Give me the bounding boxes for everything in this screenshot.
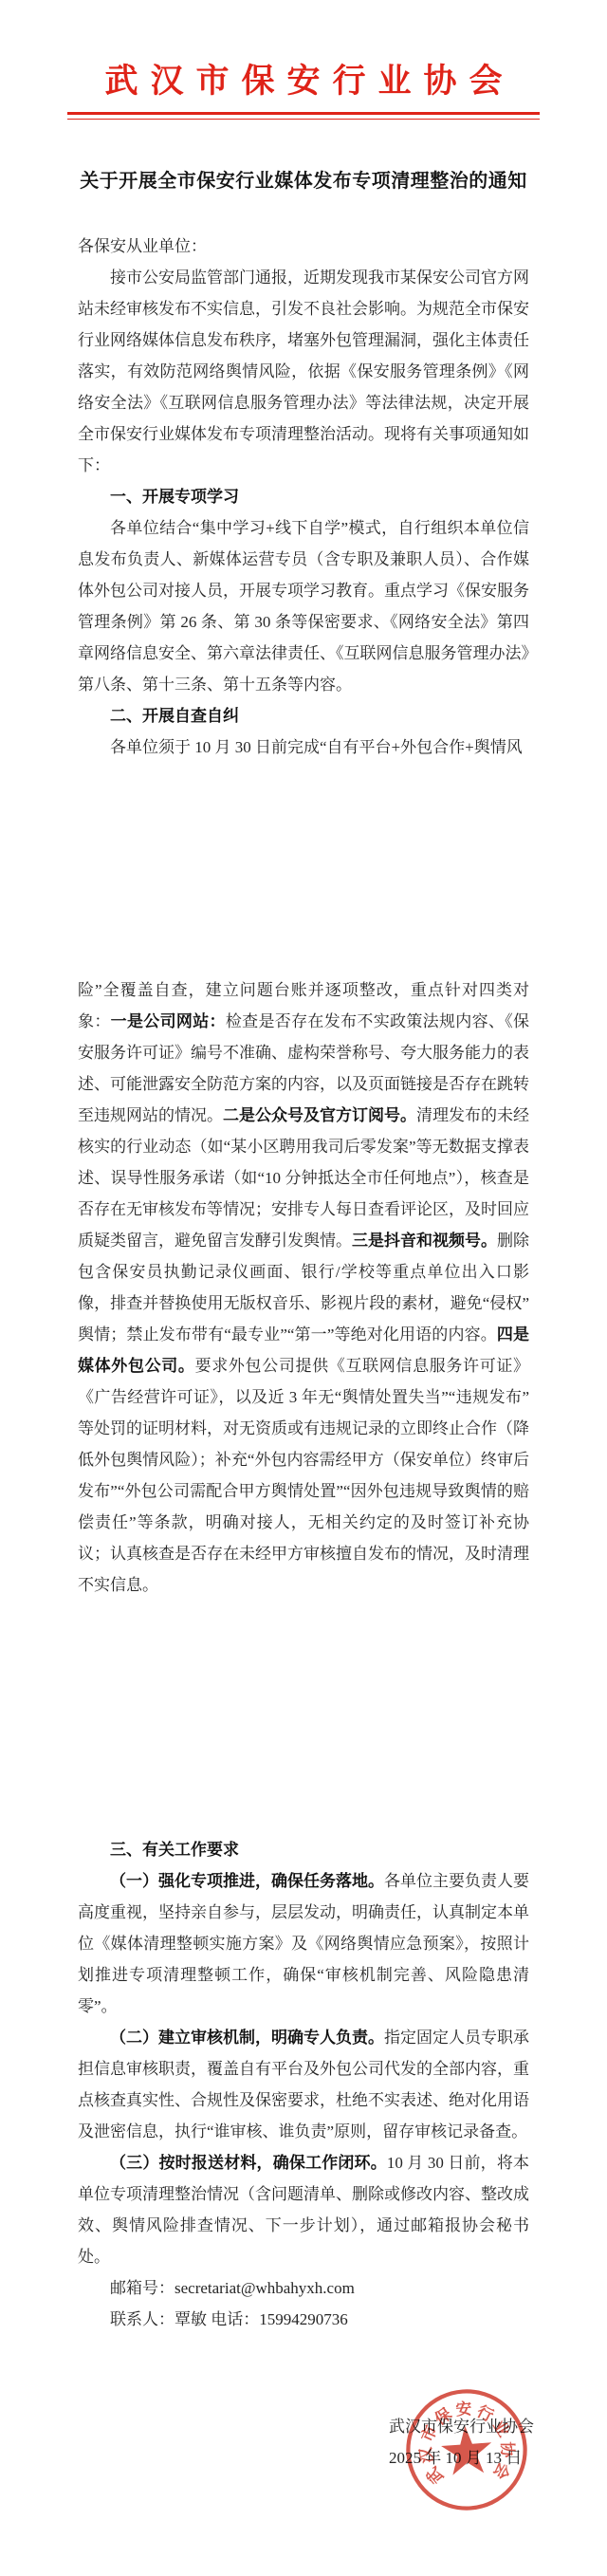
svg-text:安: 安 bbox=[455, 2399, 472, 2418]
run-bold-lead: 一是公司网站： bbox=[111, 1012, 226, 1030]
page3-body: 三、有关工作要求 （一）强化专项推进，确保任务落地。各单位主要负责人要高度重视，… bbox=[78, 1834, 529, 2335]
section2-heading: 二、开展自查自纠 bbox=[78, 700, 529, 732]
svg-text:保: 保 bbox=[431, 2403, 454, 2428]
requirement-item: （三）按时报送材料，确保工作闭环。10 月 30 日前，将本单位专项清理整治情况… bbox=[78, 2147, 529, 2272]
svg-text:武: 武 bbox=[422, 2463, 447, 2488]
document-title: 关于开展全市保安行业媒体发布专项清理整治的通知 bbox=[0, 168, 607, 195]
item-lead: （二）建立审核机制，明确专人负责。 bbox=[110, 2029, 384, 2047]
contact-line: 联系人：覃敏 电话：15994290736 bbox=[78, 2304, 529, 2335]
email-line: 邮箱号：secretariat@whbahyxh.com bbox=[78, 2272, 529, 2304]
run-bold-lead: 三是抖音和视频号。 bbox=[352, 1232, 497, 1250]
svg-text:汉: 汉 bbox=[416, 2446, 436, 2464]
item-text: 各单位主要负责人要高度重视，坚持亲自参与，层层发动，明确责任，认真制定本单位《媒… bbox=[78, 1872, 529, 2015]
org-header: 武汉市保安行业协会 bbox=[0, 61, 607, 102]
page1-body: 各保安从业单位： 接市公安局监管部门通报，近期发现我市某保安公司官方网站未经审核… bbox=[78, 231, 529, 763]
section1-heading: 一、开展专项学习 bbox=[78, 481, 529, 512]
seal-star-icon bbox=[440, 2424, 494, 2475]
svg-text:会: 会 bbox=[489, 2459, 514, 2483]
section2-continued: 险”全覆盖自查，建立问题台账并逐项整改，重点针对四类对象：一是公司网站：检查是否… bbox=[78, 974, 529, 1601]
svg-text:行: 行 bbox=[474, 2401, 497, 2426]
section2-part1: 各单位须于 10 月 30 日前完成“自有平台+外包合作+舆情风 bbox=[78, 732, 529, 763]
svg-text:业: 业 bbox=[489, 2417, 513, 2439]
run-text: 要求外包公司提供《互联网信息服务许可证》《广告经营许可证》，以及近 3 年无“舆… bbox=[78, 1357, 529, 1594]
intro-paragraph: 接市公安局监管部门通报，近期发现我市某保安公司官方网站未经审核发布不实信息，引发… bbox=[78, 262, 529, 481]
run-bold-lead: 二是公众号及官方订阅号。 bbox=[223, 1106, 416, 1124]
page2-body: 险”全覆盖自查，建立问题台账并逐项整改，重点针对四类对象：一是公司网站：检查是否… bbox=[78, 974, 529, 1601]
item-lead: （一）强化专项推进，确保任务落地。 bbox=[110, 1872, 384, 1890]
header-divider bbox=[67, 112, 540, 120]
salutation: 各保安从业单位： bbox=[78, 231, 529, 262]
requirement-item: （二）建立审核机制，明确专人负责。指定固定人员专职承担信息审核职责，覆盖自有平台… bbox=[78, 2022, 529, 2147]
notice-document: 武汉市保安行业协会 关于开展全市保安行业媒体发布专项清理整治的通知 各保安从业单… bbox=[0, 0, 607, 2576]
section3-heading: 三、有关工作要求 bbox=[78, 1834, 529, 1865]
official-seal: 武汉市保安行业协会 bbox=[395, 2379, 537, 2520]
svg-text:市: 市 bbox=[417, 2422, 441, 2445]
item-lead: （三）按时报送材料，确保工作闭环。 bbox=[110, 2154, 387, 2172]
svg-text:协: 协 bbox=[498, 2441, 517, 2458]
section1-body: 各单位结合“集中学习+线下自学”模式，自行组织本单位信息发布负责人、新媒体运营专… bbox=[78, 512, 529, 700]
run-text: 清理发布的未经核实的行业动态（如“某小区聘用我司后零发案”等无数据支撑表述、误导… bbox=[78, 1106, 529, 1250]
requirement-item: （一）强化专项推进，确保任务落地。各单位主要负责人要高度重视，坚持亲自参与，层层… bbox=[78, 1865, 529, 2022]
